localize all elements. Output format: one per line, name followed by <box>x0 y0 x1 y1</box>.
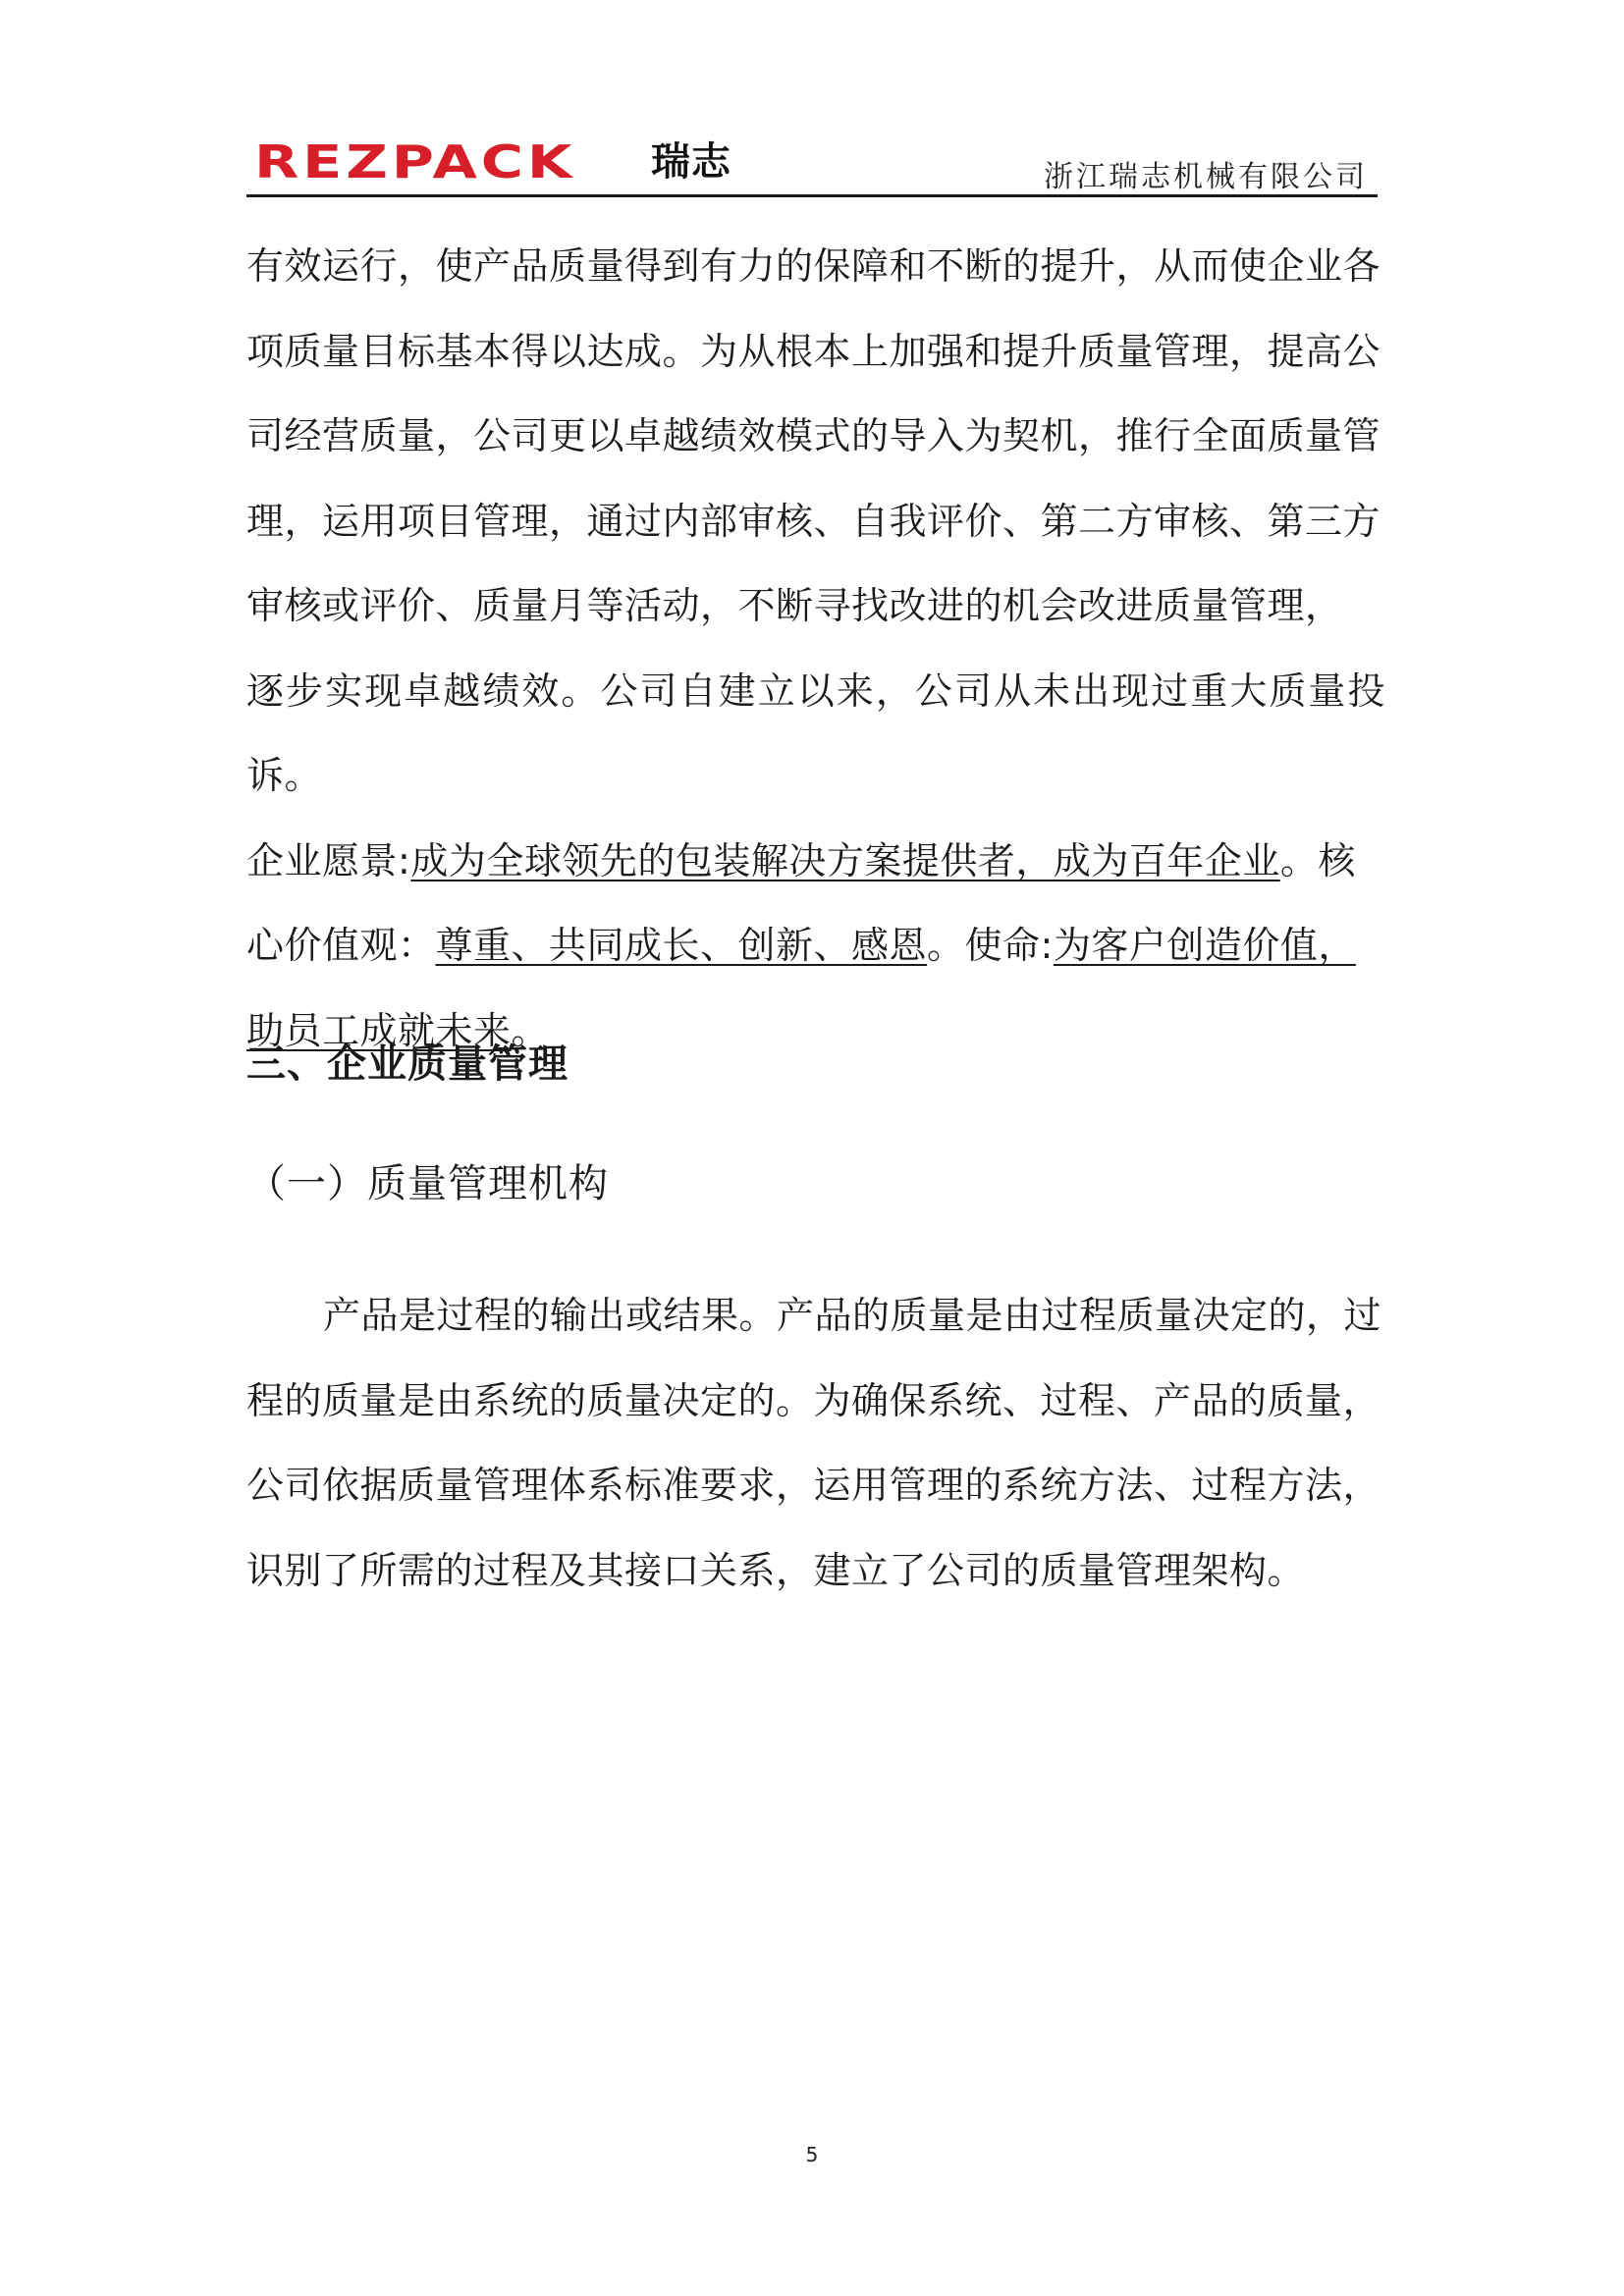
mission-text: 为客户创造价值， <box>1054 924 1356 967</box>
vision-text: 成为全球领先的包装解决方案提供者，成为百年企业 <box>410 839 1280 882</box>
section-heading: 三、企业质量管理 <box>246 1033 568 1089</box>
intro-section: 有效运行，使产品质量得到有力的保障和不断的提升，从而使企业各 项质量目标基本得以… <box>246 224 1385 1073</box>
logo-text-cn: 瑞志 <box>651 141 731 183</box>
body-line: 项质量目标基本得以达成。为从根本上加强和提升质量管理，提高公 <box>246 309 1385 395</box>
values-text: 尊重、共同成长、创新、感恩 <box>436 924 928 967</box>
body-line: 有效运行，使产品质量得到有力的保障和不断的提升，从而使企业各 <box>246 224 1385 309</box>
logo-text-en: REZPACK <box>254 141 654 183</box>
page-number: 5 <box>0 2143 1624 2166</box>
body-line: 司经营质量，公司更以卓越绩效模式的导入为契机，推行全面质量管 <box>246 394 1385 479</box>
vision-end: 。核 <box>1280 839 1356 882</box>
header-divider <box>246 194 1378 197</box>
body-line: 逐步实现卓越绩效。公司自建立以来，公司从未出现过重大质量投诉。 <box>246 649 1385 819</box>
company-logo: REZPACK 瑞志 <box>254 141 731 183</box>
vision-line: 企业愿景:成为全球领先的包装解决方案提供者，成为百年企业。核 <box>246 819 1385 904</box>
values-line: 心价值观：尊重、共同成长、创新、感恩。使命:为客户创造价值， <box>246 903 1385 988</box>
subsection-heading: （一）质量管理机构 <box>246 1152 609 1208</box>
vision-label: 企业愿景: <box>246 839 410 882</box>
body-line: 产品是过程的输出或结果。产品的质量是由过程质量决定的，过 <box>246 1273 1385 1359</box>
body-line: 程的质量是由系统的质量决定的。为确保系统、过程、产品的质量， <box>246 1359 1385 1444</box>
company-name: 浙江瑞志机械有限公司 <box>1044 152 1368 195</box>
values-end: 。使命: <box>927 924 1054 967</box>
body-line: 公司依据质量管理体系标准要求，运用管理的系统方法、过程方法， <box>246 1443 1385 1528</box>
values-label: 心价值观： <box>246 924 436 967</box>
page-header: REZPACK 瑞志 浙江瑞志机械有限公司 <box>246 137 1378 198</box>
body-line: 理，运用项目管理，通过内部审核、自我评价、第二方审核、第三方 <box>246 479 1385 564</box>
body-line: 识别了所需的过程及其接口关系，建立了公司的质量管理架构。 <box>246 1528 1385 1614</box>
body-line: 审核或评价、质量月等活动，不断寻找改进的机会改进质量管理， <box>246 563 1385 649</box>
subsection-body: 产品是过程的输出或结果。产品的质量是由过程质量决定的，过 程的质量是由系统的质量… <box>246 1273 1385 1613</box>
